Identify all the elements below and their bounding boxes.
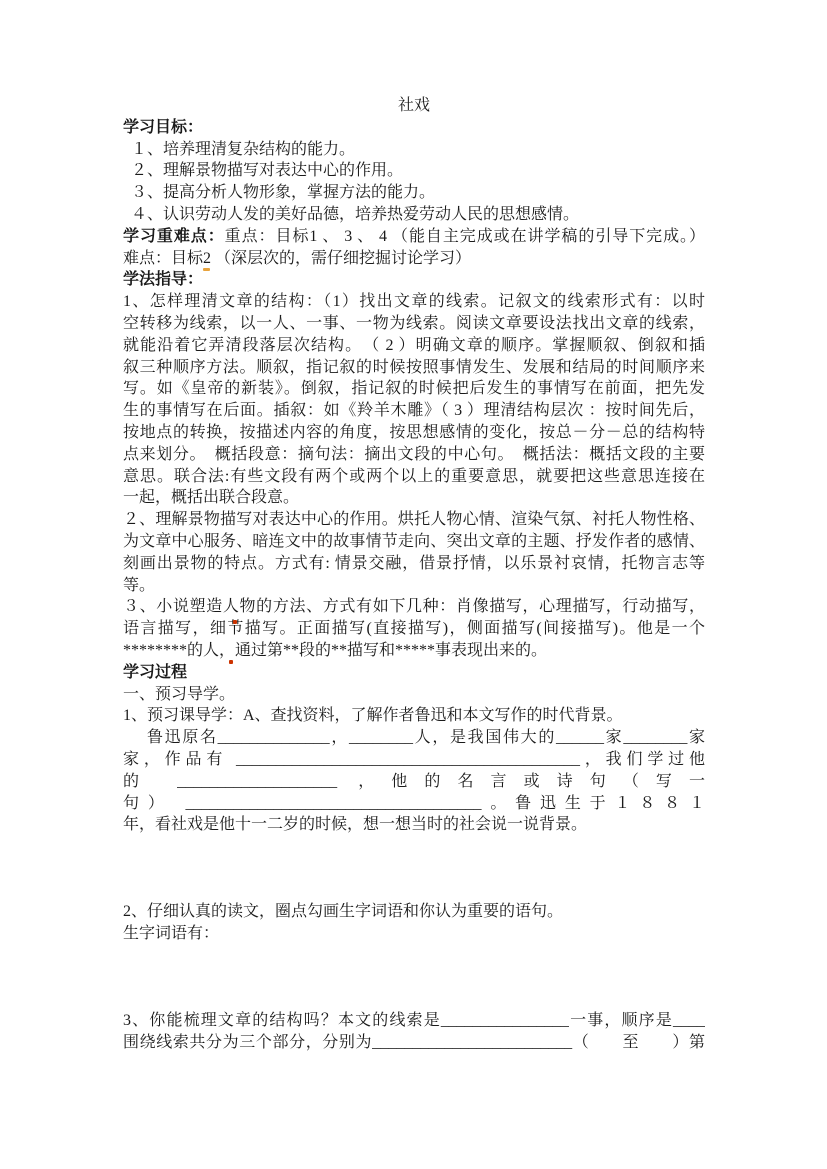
document-page: 社戏 学习目标：１、培养理清复杂结构的能力。２、理解景物描写对表达中心的作用。３…: [0, 0, 827, 1169]
body-text: 等。: [123, 577, 155, 594]
blank-line: [123, 880, 705, 902]
text-line: 刻画出景物的特点。方式有: 情景交融，借景抒情，以乐景衬哀情，托物言志等: [123, 553, 705, 575]
body-text: 写。如《皇帝的新装》。倒叙，指记叙的时候把后发生的事情写在前面，把先发: [123, 380, 705, 397]
blank-line: [123, 945, 705, 967]
text-line: 为文章中心服务、暗连文中的故事情节走向、突出文章的主题、抒发作者的感情、: [123, 531, 705, 553]
text-line: 学习过程: [123, 662, 705, 684]
heading-text: 学法指导：: [123, 271, 203, 288]
body-text: 空转移为线索，以一人、一事、一物为线索。阅读文章要设法找出文章的线索，: [123, 315, 705, 332]
body-text: ３、小说塑造人物的方法、方式有如下几种：肖像描写，心理描写，行动描写，: [123, 598, 705, 615]
body-text: 家，作品有 __________________________________…: [123, 751, 705, 768]
text-line: 一、预习导学。: [123, 684, 705, 706]
body-text: 年，看社戏是他十一二岁的时候，想一想当时的社会说一说背景。: [123, 816, 587, 833]
heading-text: 学习过程: [123, 664, 187, 681]
body-text: 2、仔细认真的读文，圈点勾画生字词语和你认为重要的语句。: [123, 903, 563, 920]
body-text: 1、怎样理清文章的结构：（1）找出文章的线索。记叙文的线索形式有：以时: [123, 293, 705, 310]
body-text: 刻画出景物的特点。方式有: 情景交融，借景抒情，以乐景衬哀情，托物言志等: [123, 555, 705, 572]
body-text: １、培养理清复杂结构的能力。: [131, 141, 355, 158]
body-text: 一、预习导学。: [123, 686, 235, 703]
text-line: 语言描写，细节描写。正面描写(直接描写)，侧面描写(间接描写)。他是一个: [123, 618, 705, 640]
body-text: 叙三种顺序方法。顺叙，指记叙的时候按照事情发生、发展和结局的时间顺序来: [123, 359, 705, 376]
blank-line: [123, 989, 705, 1011]
body-text: 按地点的转换，按描述内容的角度，按思想感情的变化，按总－分－总的结构特: [123, 424, 705, 441]
text-line: 学习重难点：重点：目标1 、 3 、 4 （能自主完成或在讲学稿的引导下完成。）: [123, 226, 705, 248]
body-text: 难点：目标2 （深层次的，需仔细挖掘讨论学习）: [123, 250, 471, 267]
text-line: 3、你能梳理文章的结构吗？本文的线索是________________一事，顺序…: [123, 1010, 705, 1032]
text-line: 叙三种顺序方法。顺叙，指记叙的时候按照事情发生、发展和结局的时间顺序来: [123, 357, 705, 379]
body-text: 重点：目标1 、 3 、 4 （能自主完成或在讲学稿的引导下完成。）: [225, 228, 705, 245]
body-text: ４、认识劳动人发的美好品德，培养热爱劳动人民的思想感情。: [131, 206, 579, 223]
body-text: 3、你能梳理文章的结构吗？本文的线索是________________一事，顺序…: [123, 1012, 705, 1029]
text-line: ********的人，通过第**段的**描写和*****事表现出来的。: [123, 640, 705, 662]
blank-line: [123, 836, 705, 858]
body-text: 语言描写，细节描写。正面描写(直接描写)，侧面描写(间接描写)。他是一个: [123, 620, 705, 637]
text-line: 写。如《皇帝的新装》。倒叙，指记叙的时候把后发生的事情写在前面，把先发: [123, 378, 705, 400]
body-text: 就能沿着它弄清段落层次结构。 （ 2 ）明确文章的顺序。掌握顺叙、倒叙和插: [123, 337, 705, 354]
text-line: 年，看社戏是他十一二岁的时候，想一想当时的社会说一说背景。: [123, 814, 705, 836]
blank-line: [123, 858, 705, 880]
text-line: 学法指导：: [123, 269, 705, 291]
text-line: １、培养理清复杂结构的能力。: [123, 139, 705, 161]
body-text: 句） _____________________________________…: [123, 795, 705, 812]
text-line: 空转移为线索，以一人、一事、一物为线索。阅读文章要设法找出文章的线索，: [123, 313, 705, 335]
body-text: 的 ____________________ ，他的名言或诗句（写一: [123, 773, 705, 790]
text-line: 1、预习课导学：A、查找资料，了解作者鲁迅和本文写作的时代背景。: [123, 705, 705, 727]
text-line: 围绕线索共分为三个部分，分别为_________________________…: [123, 1032, 705, 1054]
text-line: 家，作品有 __________________________________…: [123, 749, 705, 771]
text-line: 生的事情写在后面。插叙：如《羚羊木雕》（ 3 ）理清结构层次 ：按时间先后，: [123, 400, 705, 422]
body-text: 点来划分。 概括段意：摘句法：摘出文段的中心句。 概括法：概括文段的主要: [123, 446, 705, 463]
body-text: 生字词语有：: [123, 925, 219, 942]
spellcheck-mark: [203, 268, 210, 271]
body-text: ２、理解景物描写对表达中心的作用。烘托人物心情、渲染气氛、衬托人物性格、: [123, 511, 705, 528]
spellcheck-mark: [229, 660, 233, 664]
body-text: ********的人，通过第**段的**描写和*****事表现出来的。: [123, 642, 547, 659]
text-line: ３、小说塑造人物的方法、方式有如下几种：肖像描写，心理描写，行动描写，: [123, 596, 705, 618]
text-line: 句） _____________________________________…: [123, 793, 705, 815]
document-title: 社戏: [123, 95, 705, 117]
text-line: 就能沿着它弄清段落层次结构。 （ 2 ）明确文章的顺序。掌握顺叙、倒叙和插: [123, 335, 705, 357]
heading-text: 学习重难点：: [123, 228, 225, 245]
text-line: 点来划分。 概括段意：摘句法：摘出文段的中心句。 概括法：概括文段的主要: [123, 444, 705, 466]
body-text: 意思。联合法:有些文段有两个或两个以上的重要意思，就要把这些意思连接在: [123, 468, 705, 485]
body-text: 生的事情写在后面。插叙：如《羚羊木雕》（ 3 ）理清结构层次 ：按时间先后，: [123, 402, 705, 419]
body-text: 1、预习课导学：A、查找资料，了解作者鲁迅和本文写作的时代背景。: [123, 707, 623, 724]
body-text: ２、理解景物描写对表达中心的作用。: [131, 162, 403, 179]
text-line: ２、理解景物描写对表达中心的作用。烘托人物心情、渲染气氛、衬托人物性格、: [123, 509, 705, 531]
heading-text: 学习目标：: [123, 119, 203, 136]
text-line: ４、认识劳动人发的美好品德，培养热爱劳动人民的思想感情。: [123, 204, 705, 226]
blank-line: [123, 967, 705, 989]
text-line: 生字词语有：: [123, 923, 705, 945]
text-line: 2、仔细认真的读文，圈点勾画生字词语和你认为重要的语句。: [123, 901, 705, 923]
body-text: 一起，概括出联合段意。: [123, 489, 299, 506]
spellcheck-mark: [233, 620, 237, 624]
body-text: 为文章中心服务、暗连文中的故事情节走向、突出文章的主题、抒发作者的感情、: [123, 533, 705, 550]
body-text: 围绕线索共分为三个部分，分别为_________________________…: [123, 1034, 705, 1051]
text-line: 鲁迅原名______________，________人，是我国伟大的_____…: [123, 727, 705, 749]
text-line: 1、怎样理清文章的结构：（1）找出文章的线索。记叙文的线索形式有：以时: [123, 291, 705, 313]
text-line: 难点：目标2 （深层次的，需仔细挖掘讨论学习）: [123, 248, 705, 270]
text-line: 意思。联合法:有些文段有两个或两个以上的重要意思，就要把这些意思连接在: [123, 466, 705, 488]
body-text: 鲁迅原名______________，________人，是我国伟大的_____…: [147, 729, 705, 746]
text-line: 按地点的转换，按描述内容的角度，按思想感情的变化，按总－分－总的结构特: [123, 422, 705, 444]
document-body: 社戏 学习目标：１、培养理清复杂结构的能力。２、理解景物描写对表达中心的作用。３…: [123, 95, 705, 1054]
text-line: 学习目标：: [123, 117, 705, 139]
text-line: 一起，概括出联合段意。: [123, 487, 705, 509]
text-line: 等。: [123, 575, 705, 597]
text-line: ３、提高分析人物形象，掌握方法的能力。: [123, 182, 705, 204]
text-line: 的 ____________________ ，他的名言或诗句（写一: [123, 771, 705, 793]
text-line: ２、理解景物描写对表达中心的作用。: [123, 160, 705, 182]
body-text: ３、提高分析人物形象，掌握方法的能力。: [131, 184, 435, 201]
